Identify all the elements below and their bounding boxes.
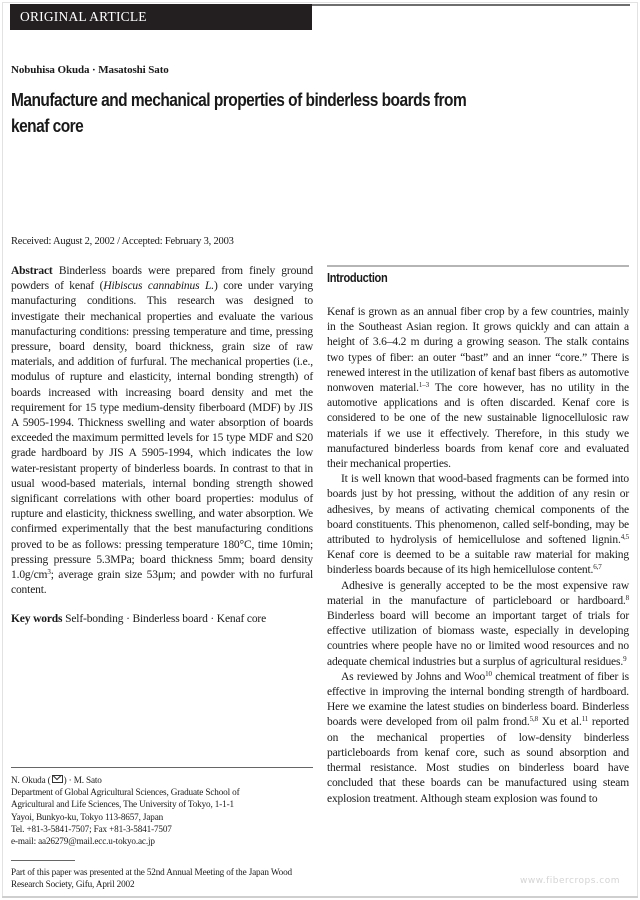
citation: 4,5 — [621, 533, 629, 541]
keywords: Key words Self-bonding · Binderless boar… — [11, 612, 313, 627]
correspondence-line: N. Okuda () · M. Sato — [11, 774, 321, 786]
citation: 10 — [485, 670, 492, 678]
keywords-list: Self-bonding · Binderless board · Kenaf … — [65, 613, 266, 625]
title-line-1: Manufacture and mechanical properties of… — [11, 87, 570, 113]
citation: 8 — [626, 594, 629, 602]
citation: 5,8 — [530, 715, 538, 723]
author-affiliation: N. Okuda () · M. Sato Department of Glob… — [11, 774, 321, 847]
intro-paragraph-2: It is well known that wood-based fragmen… — [327, 472, 629, 578]
citation: 9 — [623, 655, 626, 663]
bottom-edge — [2, 896, 638, 898]
envelope-icon — [52, 775, 63, 783]
section-heading-introduction: Introduction — [327, 270, 387, 285]
affiliation-phone-fax: Tel. +81-3-5841-7507; Fax +81-3-5841-750… — [11, 823, 321, 835]
intro-paragraph-3: Adhesive is generally accepted to be the… — [327, 579, 629, 670]
affiliation-line: Agricultural and Life Sciences, The Univ… — [11, 798, 321, 810]
article-type-banner: ORIGINAL ARTICLE — [10, 4, 312, 30]
citation: 6,7 — [593, 563, 601, 571]
abstract-label: Abstract — [11, 265, 53, 277]
article-title: Manufacture and mechanical properties of… — [11, 87, 570, 139]
watermark: www.fibercrops.com — [520, 876, 620, 886]
abstract: Abstract Binderless boards were prepared… — [11, 264, 313, 598]
intro-paragraph-1: Kenaf is grown as an annual fiber crop b… — [327, 305, 629, 472]
footnote-divider — [11, 860, 75, 861]
affiliation-address: Yayoi, Bunkyo-ku, Tokyo 113-8657, Japan — [11, 811, 321, 823]
section-rule — [327, 265, 629, 267]
received-accepted-dates: Received: August 2, 2002 / Accepted: Feb… — [11, 236, 234, 247]
left-column: Abstract Binderless boards were prepared… — [11, 264, 313, 628]
affiliation-line: Department of Global Agricultural Scienc… — [11, 786, 321, 798]
affiliation-divider — [11, 767, 313, 768]
title-line-2: kenaf core — [11, 113, 570, 139]
affiliation-email[interactable]: e-mail: aa26279@mail.ecc.u-tokyo.ac.jp — [11, 835, 321, 847]
author-list: Nobuhisa Okuda · Masatoshi Sato — [11, 64, 169, 76]
presentation-footnote: Part of this paper was presented at the … — [11, 866, 321, 890]
right-column: Kenaf is grown as an annual fiber crop b… — [327, 305, 629, 807]
species-name: Hibiscus cannabinus L. — [103, 280, 214, 292]
intro-paragraph-4: As reviewed by Johns and Woo10 chemical … — [327, 670, 629, 807]
keywords-label: Key words — [11, 613, 62, 625]
citation: 1–3 — [419, 381, 429, 389]
